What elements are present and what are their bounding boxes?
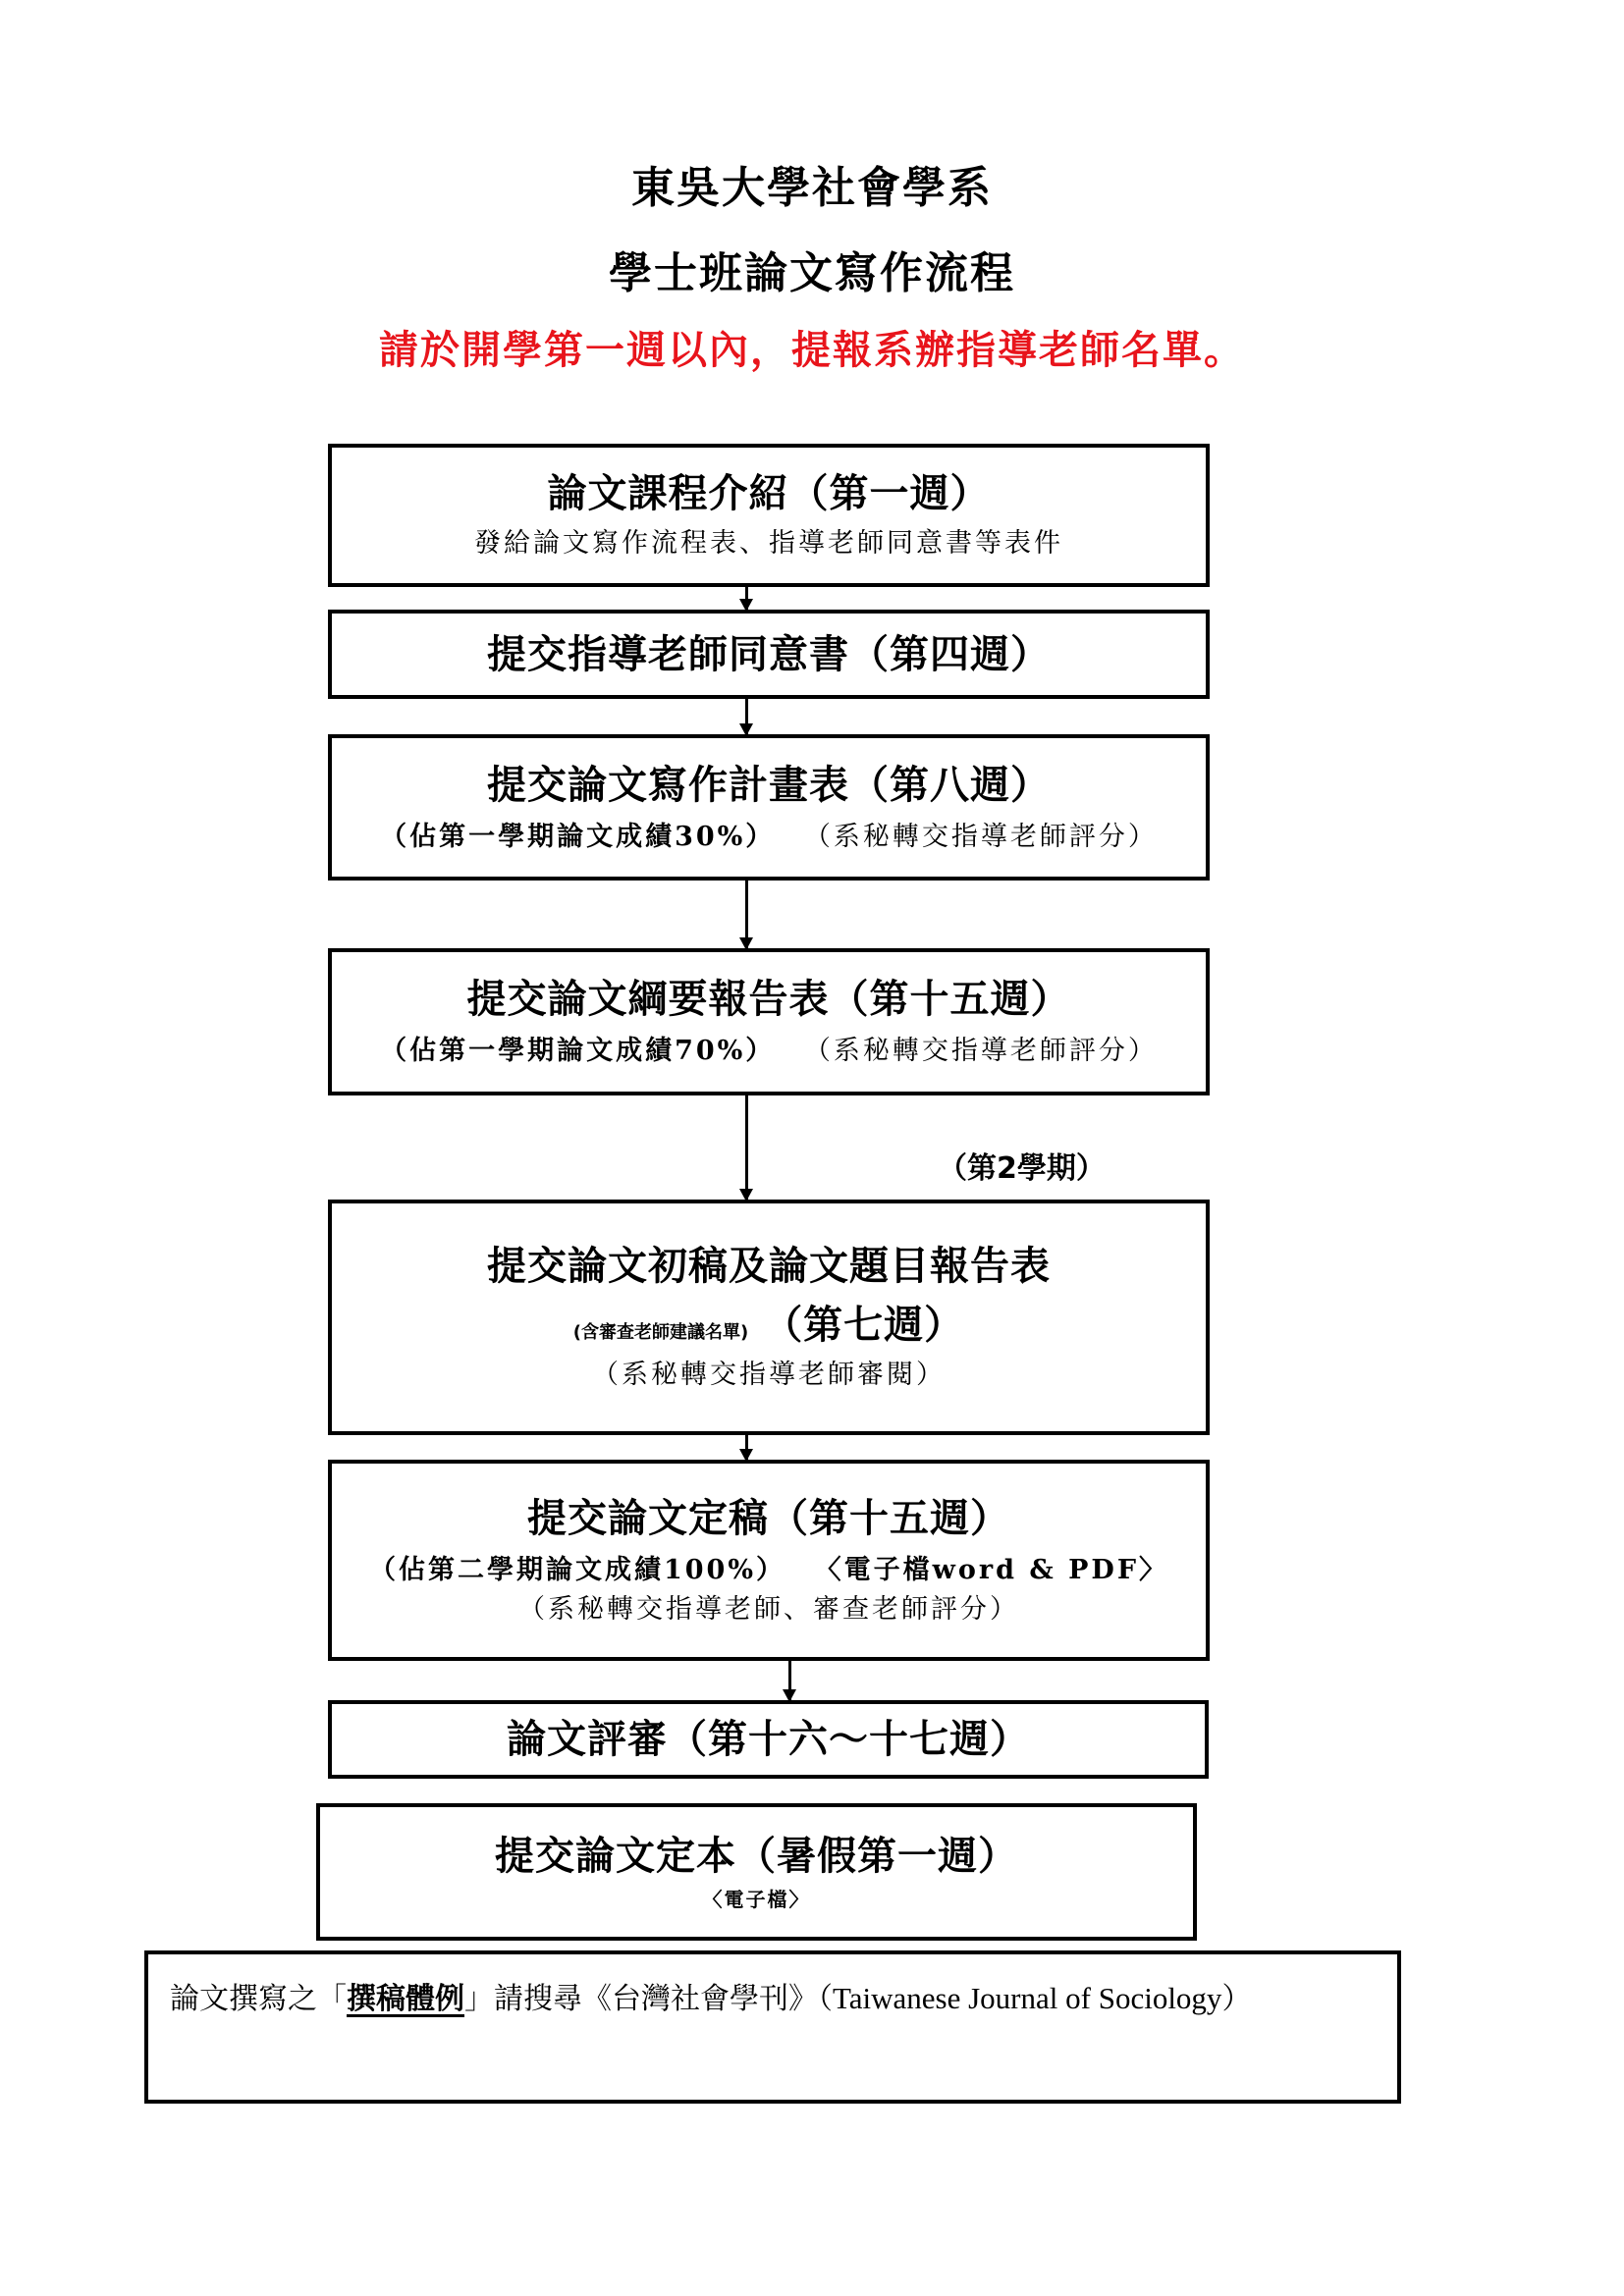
note-suffix: ） bbox=[1221, 1982, 1251, 2016]
step-thesis-review: 論文評審（第十六～十七週） bbox=[328, 1700, 1209, 1779]
step-notes: （佔第一學期論文成績70%） （系秘轉交指導老師評分） bbox=[380, 1034, 1158, 1068]
flow-arrow bbox=[788, 1661, 791, 1700]
step-course-intro: 論文課程介紹（第一週） 發給論文寫作流程表、指導老師同意書等表件 bbox=[328, 444, 1210, 587]
step-title: 提交論文寫作計畫表（第八週） bbox=[487, 761, 1051, 810]
file-format-note: 〈電子檔〉 bbox=[703, 1887, 811, 1912]
reviewer-list-note: (含審查老師建議名單) bbox=[573, 1322, 748, 1343]
step-title: 提交論文定稿（第十五週） bbox=[527, 1494, 1010, 1543]
file-format-note: 〈電子檔word & PDF〉 bbox=[815, 1555, 1168, 1585]
step-title: 論文課程介紹（第一週） bbox=[548, 469, 991, 518]
handling-note: （系秘轉交指導老師、審查老師評分） bbox=[518, 1592, 1019, 1627]
handling-note: （系秘轉交指導老師評分） bbox=[804, 822, 1158, 852]
step-week: （第七週） bbox=[763, 1303, 964, 1348]
journal-english-name: Taiwanese Journal of Sociology bbox=[833, 1981, 1221, 2015]
step-title: 提交論文初稿及論文題目報告表 bbox=[487, 1242, 1051, 1291]
step-notes: （佔第二學期論文成績100%） 〈電子檔word & PDF〉 bbox=[369, 1553, 1168, 1587]
step-outline-report: 提交論文綱要報告表（第十五週） （佔第一學期論文成績70%） （系秘轉交指導老師… bbox=[328, 948, 1210, 1095]
step-first-draft: 提交論文初稿及論文題目報告表 (含審查老師建議名單) （第七週） （系秘轉交指導… bbox=[328, 1200, 1210, 1435]
step-final-draft: 提交論文定稿（第十五週） （佔第二學期論文成績100%） 〈電子檔word & … bbox=[328, 1460, 1210, 1661]
style-guide-note-box: 論文撰寫之「撰稿體例」請搜尋《台灣社會學刊》（Taiwanese Journal… bbox=[144, 1950, 1401, 2104]
step-week-line: (含審查老師建議名單) （第七週） bbox=[573, 1301, 964, 1350]
flow-arrow bbox=[745, 699, 748, 734]
document-title: 學士班論文寫作流程 bbox=[0, 238, 1624, 300]
advisor-deadline-notice: 請於開學第一週以內，提報系辦指導老師名單。 bbox=[0, 319, 1624, 375]
step-writing-plan: 提交論文寫作計畫表（第八週） （佔第一學期論文成績30%） （系秘轉交指導老師評… bbox=[328, 734, 1210, 881]
step-title: 提交指導老師同意書（第四週） bbox=[487, 630, 1051, 679]
flow-arrow bbox=[745, 1095, 748, 1200]
step-advisor-consent: 提交指導老師同意書（第四週） bbox=[328, 610, 1210, 699]
step-note: 發給論文寫作流程表、指導老師同意書等表件 bbox=[474, 526, 1063, 561]
department-title: 東吳大學社會學系 bbox=[0, 152, 1624, 215]
grade-weight-note: （佔第一學期論文成績30%） bbox=[380, 822, 775, 852]
flow-arrow bbox=[745, 1435, 748, 1460]
grade-weight-note: （佔第一學期論文成績70%） bbox=[380, 1036, 775, 1066]
step-title: 提交論文綱要報告表（第十五週） bbox=[467, 975, 1071, 1024]
note-prefix: 論文撰寫之「 bbox=[170, 1982, 347, 2016]
step-title: 提交論文定本（暑假第一週） bbox=[495, 1832, 1018, 1881]
step-final-copy: 提交論文定本（暑假第一週） 〈電子檔〉 bbox=[316, 1803, 1197, 1941]
flow-arrow bbox=[745, 587, 748, 610]
style-guide-note: 論文撰寫之「撰稿體例」請搜尋《台灣社會學刊》（Taiwanese Journal… bbox=[170, 1974, 1251, 2017]
handling-note: （系秘轉交指導老師審閱） bbox=[592, 1358, 946, 1392]
grade-weight-note: （佔第二學期論文成績100%） bbox=[369, 1555, 785, 1585]
style-guide-highlight: 撰稿體例 bbox=[347, 1982, 464, 2016]
semester-label: （第2學期） bbox=[938, 1144, 1106, 1187]
flow-arrow bbox=[745, 881, 748, 948]
handling-note: （系秘轉交指導老師評分） bbox=[804, 1036, 1158, 1066]
note-middle: 」請搜尋《台灣社會學刊》（ bbox=[464, 1982, 833, 2016]
step-notes: （佔第一學期論文成績30%） （系秘轉交指導老師評分） bbox=[380, 820, 1158, 854]
step-title: 論文評審（第十六～十七週） bbox=[507, 1715, 1030, 1764]
